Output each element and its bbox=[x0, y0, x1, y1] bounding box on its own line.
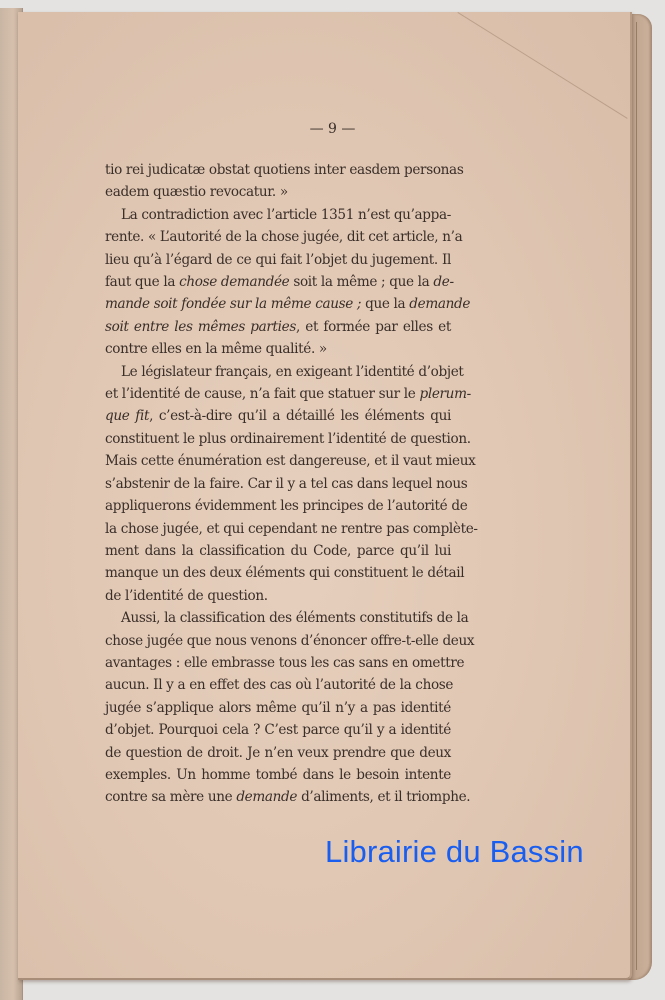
text-line: avantages : elle embrasse tous les cas s… bbox=[105, 652, 451, 674]
text-line: de l’identité de question. bbox=[105, 585, 451, 607]
body-text: tio rei judicatæ obstat quotiens inter e… bbox=[105, 159, 451, 809]
text-line: Le législateur français, en exigeant l’i… bbox=[105, 361, 451, 383]
corner-fold-crease bbox=[457, 12, 627, 119]
text-line: Aussi, la classification des éléments co… bbox=[105, 607, 451, 629]
text-line: soit entre les mêmes parties, et formée … bbox=[105, 316, 451, 338]
text-line: jugée s’applique alors même qu’il n’y a … bbox=[105, 697, 451, 719]
text-line: ment dans la classification du Code, par… bbox=[105, 540, 451, 562]
text-line: lieu qu’à l’égard de ce qui fait l’objet… bbox=[105, 249, 451, 271]
text-line: exemples. Un homme tombé dans le besoin … bbox=[105, 764, 451, 786]
text-line: faut que la chose demandée soit la même … bbox=[105, 271, 451, 293]
text-line: chose jugée que nous venons d’énoncer of… bbox=[105, 630, 451, 652]
text-line: que fit, c’est-à-dire qu’il a détaillé l… bbox=[105, 405, 451, 427]
text-line: de question de droit. Je n’en veux prend… bbox=[105, 742, 451, 764]
text-line: appliquerons évidemment les principes de… bbox=[105, 495, 451, 517]
text-line: mande soit fondée sur la même cause ; qu… bbox=[105, 293, 451, 315]
text-line: d’objet. Pourquoi cela ? C’est parce qu’… bbox=[105, 719, 451, 741]
text-line: rente. « L’autorité de la chose jugée, d… bbox=[105, 226, 451, 248]
text-line: contre elles en la même qualité. » bbox=[105, 338, 451, 360]
text-line: La contradiction avec l’article 1351 n’e… bbox=[105, 204, 451, 226]
text-line: constituent le plus ordinairement l’iden… bbox=[105, 428, 451, 450]
text-line: s’abstenir de la faire. Car il y a tel c… bbox=[105, 473, 451, 495]
text-line: Mais cette énumération est dangereuse, e… bbox=[105, 450, 451, 472]
text-line: aucun. Il y a en effet des cas où l’auto… bbox=[105, 674, 451, 696]
page-number: — 9 — bbox=[0, 121, 665, 137]
text-line: eadem quæstio revocatur. » bbox=[105, 181, 451, 203]
text-line: et l’identité de cause, n’a fait que sta… bbox=[105, 383, 451, 405]
text-line: tio rei judicatæ obstat quotiens inter e… bbox=[105, 159, 451, 181]
watermark-label: Librairie du Bassin bbox=[325, 834, 584, 870]
text-line: manque un des deux éléments qui constitu… bbox=[105, 562, 451, 584]
text-line: la chose jugée, et qui cependant ne rent… bbox=[105, 518, 451, 540]
text-line: contre sa mère une demande d’aliments, e… bbox=[105, 786, 451, 808]
